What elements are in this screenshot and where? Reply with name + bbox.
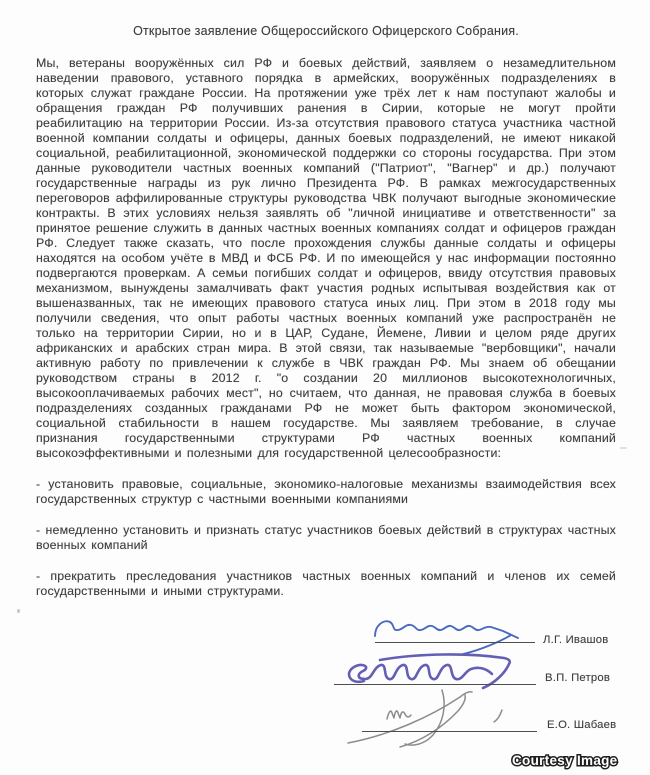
body-paragraph: Мы, ветераны вооружённых сил РФ и боевых… <box>36 56 616 461</box>
watermark-text: Courtesy Image <box>512 753 618 768</box>
signatory-name-ivashov: Л.Г. Ивашов <box>543 634 608 646</box>
signatory-name-petrov: В.П. Петров <box>545 672 610 684</box>
document-content: Открытое заявление Общероссийского Офице… <box>36 24 616 615</box>
signature-line-3 <box>362 731 537 732</box>
scan-speck <box>620 447 627 449</box>
document-title: Открытое заявление Общероссийского Офице… <box>36 24 616 39</box>
demand-item-2: - немедленно установить и признать стату… <box>36 523 616 553</box>
signature-line-2 <box>334 684 536 685</box>
scan-speck <box>17 609 20 613</box>
signatory-name-shabaev: Е.О. Шабаев <box>547 719 616 731</box>
signature-line-1 <box>375 642 535 643</box>
signature-stroke <box>349 654 510 688</box>
signature-ink-shabaev <box>330 688 545 750</box>
demand-item-3: - прекратить преследования участников ча… <box>36 569 616 599</box>
signature-stroke-group <box>348 690 502 747</box>
courtesy-watermark: Courtesy Image <box>508 749 644 771</box>
demand-item-1: - установить правовые, социальные, эконо… <box>36 477 616 507</box>
scanned-document-page: Открытое заявление Общероссийского Офице… <box>0 0 650 775</box>
